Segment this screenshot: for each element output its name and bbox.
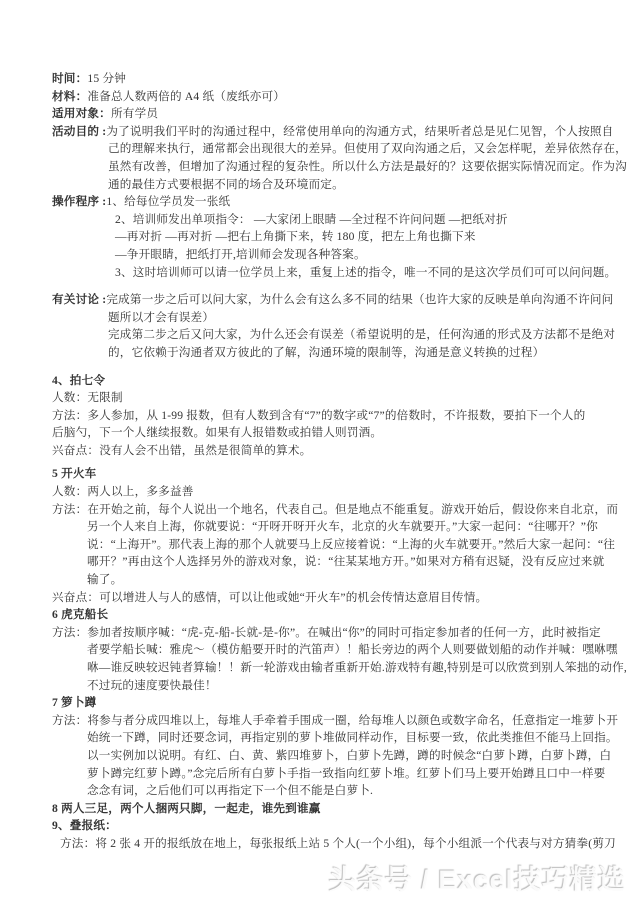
doc-line-text: 己的理解来执行，通常都会出现很大的差异。但使用了双向沟通之后，又会怎样呢，差异依…	[108, 142, 627, 155]
doc-line-label: 有关讨论 :	[52, 293, 106, 306]
doc-line-label: 方法：	[52, 714, 87, 727]
doc-line-text: 两人以上，多多益善	[87, 485, 193, 498]
doc-line-text: 者要学船长喊：雅虎～（模仿船要开时的汽笛声）！船长旁边的两个人则要做划船的动作并…	[87, 643, 618, 656]
doc-line: 方法：将 2 张 4 开的报纸放在地上，每张报纸上站 5 个人(一个小组)，每个…	[52, 835, 614, 853]
doc-line: —再对折 —再对折 —把右上角撕下来，转 180 度，把左上角也撕下来	[52, 228, 614, 246]
doc-line: 兴奋点：可以增进人与人的感情，可以让他或她“开火车”的机会传情达意眉目传情。	[52, 589, 614, 607]
doc-line-text: 不过玩的速度要快最佳！	[87, 679, 217, 692]
doc-line-text: 的，它依赖于沟通者双方彼此的了解，沟通环境的限制等，沟通是意义转换的过程）	[108, 346, 544, 359]
doc-line: 不过玩的速度要快最佳！	[52, 677, 614, 695]
doc-line-text: 9、叠报纸：	[52, 819, 117, 832]
doc-line: 完成第二步之后又问大家，为什么还会有误差（希望说明的是，任何沟通的形式及方法都不…	[52, 326, 614, 344]
doc-line: 咻—谁反映较迟钝者算输！！新一轮游戏由输者重新开始.游戏特有趣,特别是可以欣赏到…	[52, 659, 614, 677]
doc-line: 者要学船长喊：雅虎～（模仿船要开时的汽笛声）！船长旁边的两个人则要做划船的动作并…	[52, 641, 614, 659]
doc-line: 5 开火车	[52, 465, 614, 483]
doc-line: 另一个人来自上海，你就要说：“开呀开呀开火车，北京的火车就要开。”大家一起问：“…	[52, 518, 614, 536]
doc-line: 方法：多人参加，从 1-99 报数，但有人数到含有“7”的数字或“7”的倍数时，…	[52, 407, 614, 425]
doc-line-text: 6 虎克船长	[52, 608, 108, 621]
doc-line: 3、这时培训师可以请一位学员上来，重复上述的指令，唯一不同的是这次学员们可可以问…	[52, 264, 614, 282]
doc-line: —争开眼睛，把纸打开,培训师会发现各种答案。	[52, 246, 614, 264]
doc-line-label: 方法：	[52, 409, 87, 422]
doc-line: 的，它依赖于沟通者双方彼此的了解，沟通环境的限制等，沟通是意义转换的过程）	[52, 344, 614, 362]
doc-line-text: 5 开火车	[52, 467, 96, 480]
doc-line-text: 说：“上海开”。那代表上海的那个人就要马上反应接着说：“上海的火车就要开。”然后…	[87, 538, 615, 551]
doc-line: 方法：将参与者分成四堆以上，每堆人手牵着手围成一圈，给每堆人以颜色或数字命名，任…	[52, 712, 614, 730]
doc-line-label: 兴奋点：	[52, 444, 99, 457]
doc-line: 以一实例加以说明。有红、白、黄、紫四堆萝卜，白萝卜先蹲，蹲的时候念“白萝卜蹲，白…	[52, 747, 614, 765]
doc-line: 说：“上海开”。那代表上海的那个人就要马上反应接着说：“上海的火车就要开。”然后…	[52, 536, 614, 554]
doc-line-text: 虽然有改善，但增加了沟通过程的复杂性。所以什么方法是最好的？这要依据实际情况而定…	[108, 160, 627, 173]
doc-line-label: 人数：	[52, 391, 87, 404]
doc-line-label: 方法：	[52, 626, 87, 639]
doc-line-label: 材料：	[52, 90, 87, 103]
doc-line-text: 输了。	[87, 573, 122, 586]
doc-line: 材料：准备总人数两倍的 A4 纸（废纸亦可）	[52, 88, 614, 106]
doc-line-label: 活动目的 :	[52, 125, 106, 138]
doc-line-text: 将 2 张 4 开的报纸放在地上，每张报纸上站 5 个人(一个小组)，每个小组派…	[95, 837, 616, 850]
document-body: 时间：15 分钟 材料：准备总人数两倍的 A4 纸（废纸亦可） 适用对象：所有学…	[52, 70, 614, 853]
doc-line: 9、叠报纸：	[52, 817, 614, 835]
doc-line: 念念有词，之后他们可以再指定下一个但不能是白萝卜.	[52, 782, 614, 800]
doc-line-text: 萝卜蹲完红萝卜蹲。”念完后所有白萝卜手指一致指向红萝卜堆。红萝卜们马上要开始蹲且…	[87, 767, 605, 780]
doc-line-text: —再对折 —再对折 —把右上角撕下来，转 180 度，把左上角也撕下来	[115, 230, 476, 243]
doc-line-label: 方法：	[52, 503, 87, 516]
doc-line: 己的理解来执行，通常都会出现很大的差异。但使用了双向沟通之后，又会怎样呢，差异依…	[52, 140, 614, 158]
document-page: 时间：15 分钟 材料：准备总人数两倍的 A4 纸（废纸亦可） 适用对象：所有学…	[0, 0, 640, 905]
doc-line-text: 4、拍七令	[52, 374, 105, 387]
doc-line: 8 两人三足，两个人捆两只脚，一起走，谁先到谁赢	[52, 800, 614, 818]
doc-line: 2、培训师发出单项指令： —大家闭上眼睛 —全过程不许问问题 —把纸对折	[52, 211, 614, 229]
doc-line: 方法：参加者按顺序喊：“虎-克-船-长就-是-你”。在喊出“你”的同时可指定参加…	[52, 624, 614, 642]
doc-line: 操作程序 :1、给每位学员发一张纸	[52, 193, 614, 211]
doc-line: 人数：两人以上，多多益善	[52, 483, 614, 501]
doc-line-text: 7 箩卜蹲	[52, 696, 96, 709]
doc-line-text: 2、培训师发出单项指令： —大家闭上眼睛 —全过程不许问问题 —把纸对折	[115, 213, 508, 226]
doc-line-text: 完成第一步之后可以问大家，为什么会有这么多不同的结果（也许大家的反映是单向沟通不…	[106, 293, 613, 306]
doc-line: 人数：无限制	[52, 389, 614, 407]
doc-line-text: 所有学员	[111, 107, 158, 120]
doc-line-text: 为了说明我们平时的沟通过程中，经常使用单向的沟通方式，结果听者总是见仁见智，个人…	[106, 125, 613, 138]
doc-line: 输了。	[52, 571, 614, 589]
doc-line: 7 箩卜蹲	[52, 694, 614, 712]
doc-line-label: 操作程序 :	[52, 195, 106, 208]
doc-line-label: 人数：	[52, 485, 87, 498]
doc-line: 题所以才会有误差）	[52, 309, 614, 327]
doc-line-text: 1、给每位学员发一张纸	[106, 195, 230, 208]
doc-line: 萝卜蹲完红萝卜蹲。”念完后所有白萝卜手指一致指向红萝卜堆。红萝卜们马上要开始蹲且…	[52, 765, 614, 783]
doc-line-text: 后脑勺，下一个人继续报数。如果有人报错数或拍错人则罚酒。	[52, 426, 382, 439]
doc-line-text: 咻—谁反映较迟钝者算输！！新一轮游戏由输者重新开始.游戏特有趣,特别是可以欣赏到…	[87, 661, 627, 674]
doc-line: 活动目的 :为了说明我们平时的沟通过程中，经常使用单向的沟通方式，结果听者总是见…	[52, 123, 614, 141]
doc-line: 后脑勺，下一个人继续报数。如果有人报错数或拍错人则罚酒。	[52, 424, 614, 442]
doc-line: 适用对象：所有学员	[52, 105, 614, 123]
doc-line: 4、拍七令	[52, 372, 614, 390]
doc-line-label: 适用对象：	[52, 107, 111, 120]
doc-line-text: 以一实例加以说明。有红、白、黄、紫四堆萝卜，白萝卜先蹲，蹲的时候念“白萝卜蹲，白…	[87, 749, 611, 762]
doc-line-text: 哪开？”再由这个人选择另外的游戏对象，说：“往某某地方开。”如果对方稍有迟疑，没…	[87, 555, 604, 568]
doc-line-text: 在开始之前，每个人说出一个地名，代表自己。但是地点不能重复。游戏开始后，假设你来…	[87, 503, 618, 516]
doc-line-text: 完成第二步之后又问大家，为什么还会有误差（希望说明的是，任何沟通的形式及方法都不…	[108, 328, 615, 341]
doc-line-text: 始统一下蹲，同时还要念词，再指定别的萝卜堆做同样动作，目标要一致，依此类推但不能…	[87, 731, 618, 744]
doc-line: 始统一下蹲，同时还要念词，再指定别的萝卜堆做同样动作，目标要一致，依此类推但不能…	[52, 729, 614, 747]
doc-line-label: 方法：	[60, 837, 95, 850]
doc-line-text: 多人参加，从 1-99 报数，但有人数到含有“7”的数字或“7”的倍数时，不许报…	[87, 409, 585, 422]
doc-line-label: 时间：	[52, 72, 87, 85]
doc-line: 6 虎克船长	[52, 606, 614, 624]
doc-line-text: 题所以才会有误差）	[108, 311, 214, 324]
doc-line-text: 15 分钟	[87, 72, 126, 85]
doc-line-text: 8 两人三足，两个人捆两只脚，一起走，谁先到谁赢	[52, 802, 321, 815]
watermark: 头条号 / Excel技巧精选	[329, 858, 626, 897]
doc-line-text: 可以增进人与人的感情，可以让他或她“开火车”的机会传情达意眉目传情。	[99, 591, 487, 604]
doc-line-label: 兴奋点：	[52, 591, 99, 604]
doc-line: 有关讨论 :完成第一步之后可以问大家，为什么会有这么多不同的结果（也许大家的反映…	[52, 291, 614, 309]
doc-line-text: 无限制	[87, 391, 122, 404]
doc-line: 兴奋点：没有人会不出错，虽然是很简单的算术。	[52, 442, 614, 460]
doc-line: 时间：15 分钟	[52, 70, 614, 88]
doc-line: 通的最佳方式要根据不同的场合及环境而定。	[52, 176, 614, 194]
doc-line-text: 参加者按顺序喊：“虎-克-船-长就-是-你”。在喊出“你”的同时可指定参加者的任…	[87, 626, 600, 639]
doc-line-text: 另一个人来自上海，你就要说：“开呀开呀开火车，北京的火车就要开。”大家一起问：“…	[87, 520, 598, 533]
doc-line: 虽然有改善，但增加了沟通过程的复杂性。所以什么方法是最好的？这要依据实际情况而定…	[52, 158, 614, 176]
doc-line-text: 准备总人数两倍的 A4 纸（废纸亦可）	[87, 90, 285, 103]
doc-line: 方法：在开始之前，每个人说出一个地名，代表自己。但是地点不能重复。游戏开始后，假…	[52, 501, 614, 519]
doc-line-text: 通的最佳方式要根据不同的场合及环境而定。	[108, 178, 344, 191]
doc-line-text: —争开眼睛，把纸打开,培训师会发现各种答案。	[115, 248, 366, 261]
doc-line-text: 将参与者分成四堆以上，每堆人手牵着手围成一圈，给每堆人以颜色或数字命名，任意指定…	[87, 714, 618, 727]
doc-line-text: 没有人会不出错，虽然是很简单的算术。	[99, 444, 311, 457]
doc-line: 哪开？”再由这个人选择另外的游戏对象，说：“往某某地方开。”如果对方稍有迟疑，没…	[52, 553, 614, 571]
doc-line-text: 3、这时培训师可以请一位学员上来，重复上述的指令，唯一不同的是这次学员们可可以问…	[115, 266, 616, 279]
doc-line-text: 念念有词，之后他们可以再指定下一个但不能是白萝卜.	[87, 784, 373, 797]
